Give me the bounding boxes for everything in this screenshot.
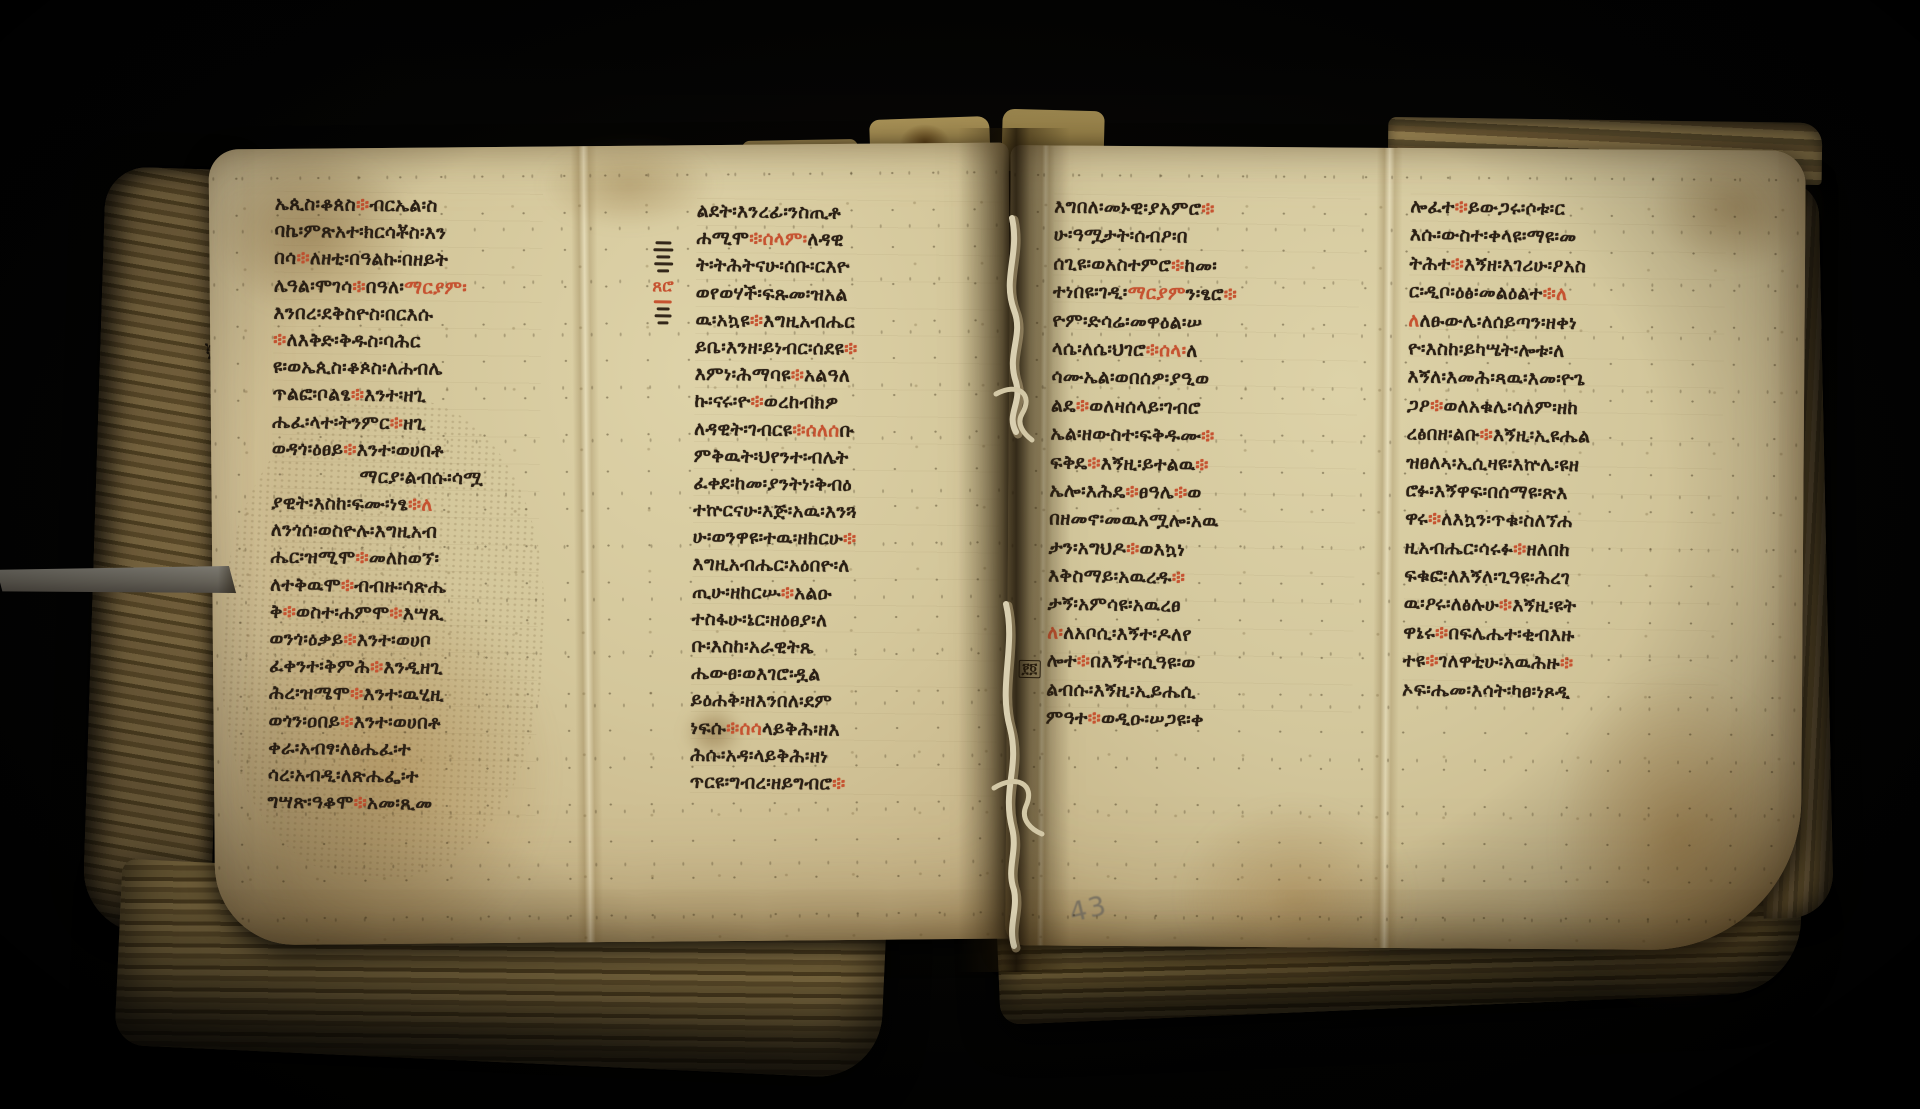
rubric-text: ፨ — [1171, 255, 1185, 276]
ink-text: ለንጎሰ፡ወስዮሉ፡እግዚአብ — [271, 520, 438, 543]
ink-text: ዮም፡ድሳሬ፡መዋዕል፡ሠ — [1052, 310, 1202, 333]
rubric-text: ፨ — [1172, 567, 1186, 588]
manuscript-text-line: ፈቀደ፡ከመ፡ያንትነ፡ቅብዕ — [693, 470, 999, 501]
text-column-right-1: እግበለ፡መኑዊ፡ያአምሮ፨ሁ፡ዓሟታት፡ሰብዖ፡በሰጊዩ፡ወአስተምሮ፨ከመ፡… — [1046, 193, 1361, 737]
ink-text: ት፡ትሕትናሁ፡ሰቡ፡ርእዮ — [696, 255, 850, 278]
rubric-text: ፨ — [1499, 595, 1513, 616]
manuscript-text-line: እምነ፡ሕማባዩ፨አልዓለ — [695, 361, 1001, 392]
ink-text: ልዴ — [1051, 395, 1076, 416]
ink-text: ምቅዉት፡ህየንተ፡ብሌት — [694, 445, 849, 468]
manuscript-text-line: ሔፈ፡ላተ፡ትንምር፨ዘጊ — [272, 408, 540, 438]
manuscript-text-line: ሎተ፨በእኝተ፡ሲዓዩ፡ወ — [1047, 648, 1353, 681]
ink-text: ልደት፡እንረፊ፡ንስጢቶ — [697, 201, 841, 224]
ink-text: ዮ፡እስከ፡ይካሤት፡ሎቱ፡ለ — [1408, 338, 1565, 362]
manuscript-text-line: በሳ፨ለዘቲ፡በዓልኩ፡በዘይት — [274, 245, 542, 275]
manuscript-text-line: ጥልፎ፡ቦልፄ፨እንተ፡ዘጊ — [272, 381, 540, 411]
ink-text: ሳረ፡አብዲ፡ለጽሔፌ፡ተ — [268, 765, 419, 788]
ink-text: በእኝተ፡ሲዓዩ፡ወ — [1090, 651, 1196, 674]
ink-text: እምነ፡ሕማባዩ — [695, 364, 791, 386]
ink-text: እንተ፡ወሀቦ — [357, 630, 432, 652]
manuscript-text-line: ወየወሃች፡ፍጹመ፡ዝአል — [696, 279, 1002, 310]
manuscript-text-line: ሁ፡ወንዋዩ፡ተዉ፡ዘክርሁ፨ — [693, 524, 999, 555]
rubric-text: ማርያም፡ — [404, 277, 467, 299]
ink-text: ወለአቁሌ፡ሳለም፡ዘከ — [1443, 396, 1578, 419]
ink-text: ሌዓል፡ሞገሳ — [274, 275, 353, 297]
ink-text: እኝዚ፡ኢዩሔል — [1493, 425, 1591, 448]
manuscript-text-line: ጢሁ፡ዘከርሡ፨አልዑ — [692, 578, 998, 609]
quire-tick-red — [654, 300, 672, 303]
rubric-text: ፨ — [1425, 651, 1439, 672]
ink-text: ቀራ፡አብፃ፡ለፅሔፈ፡ተ — [268, 737, 411, 760]
ink-text: እንተ፡ዘጊ — [364, 385, 426, 407]
ink-text: ሁ፡ወንዋዩ፡ተዉ፡ዘክርሁ — [693, 527, 844, 550]
ink-text: ሁ፡ዓሟታት፡ሰብዖ፡በ — [1054, 225, 1188, 248]
rubric-text: ፨ — [750, 310, 764, 331]
ink-text: ዝፀለኣ፡ኢሲዛዩ፡እኵሌ፡ዩዘ — [1406, 452, 1579, 476]
rubric-text: ፨ — [355, 548, 369, 569]
manuscript-text-line: ኤል፡ዘውስተ፡ፍቅዱሙ፨ — [1050, 420, 1356, 453]
rubric-text: ፨ — [843, 529, 857, 550]
left-page-text-block: ኤጲስ፡ቆጰስ፨ብርኤል፡ስባኬ፡ምጽአተ፡ክርሳቾስ፡እንበሳ፨ለዘቲ፡በዓል… — [200, 148, 1010, 954]
ink-text: አልዑ — [794, 583, 832, 604]
rubric-text: ፨ — [1126, 538, 1140, 559]
ink-text: ዚአብሔር፡ሳሩፉ — [1405, 537, 1514, 560]
rubric-text: ፨ — [1542, 284, 1556, 305]
rubric-text: ፨ — [350, 684, 364, 705]
manuscript-text-line: ምዓተ፨ወዲዑ፡ሠጋዩ፡ቀ — [1046, 704, 1352, 737]
ink-text: ከመ፡ — [1184, 255, 1217, 277]
rubric-text: ፨ — [1480, 425, 1494, 446]
ink-text: ኩ፡ናሩ፡ዮ — [694, 391, 750, 413]
ink-text: ዉ፡ዖሩ፡ለፅሉሁ — [1404, 594, 1500, 617]
rubric-text: ፨ — [356, 195, 370, 216]
rubric-text: ፨ — [1430, 395, 1444, 416]
manuscript-photograph: ፲፬ ኤጲስ፡ቆጰስ፨ብርኤል፡ስባኬ፡ምጽአተ፡ክርሳቾስ፡እንበሳ፨ለዘቲ፡… — [0, 0, 1920, 1109]
rubric-text: ሰለሰ — [806, 420, 840, 441]
ink-text: ለዳዊ — [807, 229, 844, 250]
ink-text: ብርኤል፡ስ — [369, 195, 437, 217]
ink-text: ተዩ — [1403, 650, 1426, 671]
ink-text: ተስፋሁ፡ኔር፡ዘዕፀያ፡ለ — [692, 609, 828, 632]
ink-text: ለተቅዉሞ — [270, 574, 341, 596]
manuscript-text-line: ተስፋሁ፡ኔር፡ዘዕፀያ፡ለ — [692, 606, 998, 637]
ink-text: ዩ፡ወኤጲስ፡ቆጶስ፡ለሐብሌ — [273, 357, 443, 380]
rubric-text: ፨ — [340, 711, 354, 732]
ink-text: እግዚአብሔር፡አዕበዮ፡ለ — [692, 554, 849, 577]
rubric-text: ፨ — [370, 657, 384, 678]
manuscript-text-line: ወጎን፡ዐበይ፨እንተ፡ወሀበቶ — [268, 707, 536, 737]
ink-text: ተኵርናሁ፡እጅ፡አዉ፡እንጓ — [693, 500, 857, 523]
rubric-text: ፨ — [1435, 623, 1449, 644]
ink-text: ላይቅሕ፡ዘእ — [762, 718, 840, 740]
rubric-text: ፨ — [389, 603, 403, 624]
manuscript-text-line: ሔውፀ፡ወእገሮ፡ዷል — [691, 660, 997, 691]
ink-text: እንተ፡ወሀበቶ — [354, 711, 441, 733]
rubric-text: ፨ — [341, 575, 355, 596]
manuscript-book: ፲፬ ኤጲስ፡ቆጰስ፨ብርኤል፡ስባኬ፡ምጽአተ፡ክርሳቾስ፡እንበሳ፨ለዘቲ፡… — [0, 0, 1920, 1109]
ink-text: ለአቦሲ፡እኝተ፡ዶለየ — [1063, 622, 1192, 645]
ink-text: ዋሩ — [1405, 509, 1428, 530]
rubric-text: ሰሳ — [739, 718, 762, 739]
ink-text: ሐሚሞ — [696, 228, 749, 250]
ink-text: ሮፉ፡እኝዋፍ፡በሰማዩ፡ጽእ — [1406, 480, 1568, 504]
manuscript-text-line: ቅ፨ወስተ፡ሐምሞ፨እሣጺ — [270, 598, 538, 628]
manuscript-text-line: ግሣጽ፡ዓቆሞ፨አመ፡ጺመ — [267, 789, 535, 819]
rubric-text: ፨ — [351, 385, 365, 406]
ink-text: ዘጊ — [403, 413, 426, 434]
ink-text: ሎተ — [1047, 651, 1077, 672]
ink-text: ጥልፎ፡ቦልፄ — [272, 384, 351, 406]
bookmark-strip — [0, 566, 236, 593]
ink-text: እንዲዘጊ — [383, 657, 442, 679]
rubric-text: ለ — [421, 495, 433, 516]
ink-text: ሕሱ፡አዳ፡ላይቅሕ፡ዘነ — [690, 744, 828, 767]
margin-mark-number: ፻፬ — [1019, 660, 1041, 678]
ink-text: ፈቀደ፡ከመ፡ያንትነ፡ቅብዕ — [693, 473, 852, 496]
ink-text: እግዚአብሔር — [763, 310, 855, 332]
manuscript-text-line: በዘመኖ፡መዉአሟሎ፡አዉ — [1049, 506, 1355, 539]
rubric-text: ፨ — [844, 339, 858, 360]
ink-text: ቅ — [270, 601, 283, 622]
quire-tick — [654, 262, 673, 265]
manuscript-text-line: ለተቅዉሞ፨ብብዙ፡ሳጽሔ — [270, 571, 538, 601]
ink-text: ገለዋቲሁ፡አዉሕዙ — [1439, 651, 1561, 674]
manuscript-text-line: ኤጲስ፡ቆጰስ፨ብርኤል፡ስ — [275, 191, 543, 221]
ink-text: እንተ፡ወሀበቶ — [357, 439, 444, 461]
ink-text: ኦፍ፡ሔመ፡እሳት፡ካፀ፡ነጾዲ — [1402, 679, 1570, 703]
manuscript-text-line: ር፡ዲቦ፡ዕፅ፡መልዕልተ፨ለ — [1409, 278, 1725, 312]
rubric-text: ፨ — [352, 276, 366, 297]
ink-text: ኤጲስ፡ቆጰስ — [275, 194, 356, 216]
manuscript-text-line: ሳረ፡አብዲ፡ለጽሔፌ፡ተ — [268, 762, 536, 792]
ink-text: ወረከብክዎ — [764, 392, 839, 414]
manuscript-text-line: ቡ፡እስከ፡አራዊትጼ — [691, 633, 997, 664]
ink-text: ለእኳን፡ጥቁ፡ስለኘሐ — [1441, 509, 1572, 532]
ink-text: መለከወኘ፡ — [369, 548, 440, 570]
manuscript-text-line: ወዳጎ፡ዕፀይ፨እንተ፡ወሀበቶ — [272, 435, 540, 465]
ink-text: ጋዖ — [1407, 395, 1430, 416]
ink-text: ይዕሐቅ፡ዘእንበለ፡ደም — [691, 690, 833, 713]
rubric-text: ፨ — [390, 413, 404, 434]
ink-text: ወንጎ፡ዕቃይ — [269, 629, 343, 651]
rubric-text: ፨ — [781, 582, 795, 603]
ink-text: ብብዙ፡ሳጽሔ — [354, 575, 446, 597]
rubric-text: ፨ — [1201, 199, 1215, 220]
ink-text: ወእኳነ — [1139, 539, 1185, 561]
ink-text: ፍቅዴ — [1050, 452, 1088, 474]
ink-text: ረፅበዘ፡ልቡ — [1406, 423, 1479, 445]
text-column-right-2: ሎፈተ፨ይውጋሩ፡ሶቱ፡ርእሱ፡ውስተ፡ቀላዩ፡ማዩ፡መትሕተ፨እኝዘ፡እገሪሁ… — [1402, 193, 1726, 709]
right-page-text-block: እግበለ፡መኑዊ፡ያአምሮ፨ሁ፡ዓሟታት፡ሰብዖ፡በሰጊዩ፡ወአስተምሮ፨ከመ፡… — [998, 145, 1806, 958]
rubric-text: ፨ — [283, 602, 297, 623]
rubric-text: ለ — [1556, 284, 1568, 305]
ink-text: ነፍሱ — [690, 717, 726, 738]
ink-text: አልዓለ — [804, 365, 850, 387]
rubric-text: ፨ — [343, 439, 357, 460]
rubric-text: ፨ — [791, 365, 805, 386]
manuscript-text-line: ሕረ፡ዝሜሞ፨እንተ፡ዉሂዚ — [269, 680, 537, 710]
ink-text: ትሕተ — [1409, 253, 1451, 275]
ink-text: ሔር፡ዝሚሞ — [270, 547, 355, 569]
margin-quire-mark: ፻፬ — [1019, 661, 1041, 677]
ink-text: እንበረ፡ደቅስዮስ፡በርእሱ — [273, 302, 433, 325]
ink-text: ወስተ፡ሐምሞ — [296, 602, 390, 624]
ink-text: አመ፡ጺመ — [367, 793, 433, 815]
rubric-text: ፨ — [1076, 396, 1090, 417]
ink-text: በዘመኖ፡መዉአሟሎ፡አዉ — [1049, 509, 1219, 533]
ink-text: ባኬ፡ምጽአተ፡ክርሳቾስ፡እን — [274, 221, 446, 244]
manuscript-text-line: ማርያ፡ልብሱ፡ሳሟ — [271, 462, 539, 492]
ink-text: ሔውፀ፡ወእገሮ፡ዷል — [691, 663, 821, 686]
ink-text: ለዳዊት፡ገብርዩ — [694, 418, 792, 440]
ink-text: እንተ፡ዉሂዚ — [363, 684, 444, 706]
manuscript-text-line: ፨ለእቅድ፡ቅዱስ፡ባሕር — [273, 327, 541, 357]
rubric-text: ፨ — [1428, 509, 1442, 530]
ink-text: እኝዚ፡ይተልዉ — [1101, 453, 1196, 476]
ink-text: ያዊት፡እስከ፡ፍሙ፡ነፄ — [271, 493, 408, 516]
rubric-text: ማርያም — [1127, 283, 1185, 305]
ink-text: ይውጋሩ፡ሶቱ፡ር — [1468, 197, 1565, 220]
quire-tick — [655, 241, 671, 244]
manuscript-text-line: ት፡ትሕትናሁ፡ሰቡ፡ርእዮ — [696, 252, 1002, 283]
rubric-text: ፨ — [1077, 651, 1091, 672]
ink-text: በሳ — [274, 248, 297, 269]
rubric-text: ለ፡ — [1047, 622, 1063, 643]
ink-text: እሣጺ — [403, 603, 444, 625]
quire-tick — [656, 255, 670, 258]
rubric-text: ፨ — [792, 419, 806, 440]
manuscript-text-line: ሕሱ፡አዳ፡ላይቅሕ፡ዘነ — [690, 742, 996, 773]
manuscript-text-line: ልደት፡እንረፊ፡ንስጢቶ — [697, 198, 1003, 229]
manuscript-text-line: ለንጎሰ፡ወስዮሉ፡እግዚአብ — [271, 517, 539, 547]
quire-tick — [653, 248, 673, 251]
rubric-text: ፨ — [1451, 254, 1465, 275]
manuscript-text-line: ወንጎ፡ዕቃይ፨እንተ፡ወሀቦ — [269, 626, 537, 656]
rubric-text: ፨ — [1088, 708, 1102, 729]
rubric-text: ፨ — [1195, 454, 1209, 475]
ink-text: እኝዚ፡ዩት — [1512, 596, 1576, 618]
ink-text: ምዓተ — [1046, 707, 1088, 729]
quire-number: ጸሮ — [652, 276, 673, 296]
manuscript-text-line: ያዊት፡እስከ፡ፍሙ፡ነፄ፨ለ — [271, 490, 539, 520]
manuscript-text-line: ባኬ፡ምጽአተ፡ክርሳቾስ፡እን — [274, 218, 542, 248]
rubric-text: ፨ — [354, 793, 368, 814]
rubric-text: ፨ — [296, 248, 310, 269]
ink-text: ለእቅድ፡ቅዱስ፡ባሕር — [287, 330, 421, 353]
ink-text: ቡ፡እስከ፡አራዊትጼ — [691, 636, 814, 658]
quire-tick — [654, 314, 671, 317]
rubric-text: ፨ — [1560, 653, 1574, 674]
ink-text: ጢሁ፡ዘከርሡ — [692, 581, 781, 603]
manuscript-text-line: ይቤ፡እንዘ፡ይነብር፡ሰደዩ፨ — [695, 334, 1001, 365]
ink-text: ወዲዑ፡ሠጋዩ፡ቀ — [1101, 708, 1204, 731]
manuscript-text-line: ነፍሱ፨ሰሳላይቅሕ፡ዘእ — [690, 714, 996, 745]
manuscript-text-line: ሔር፡ዝሚሞ፨መለከወኘ፡ — [270, 544, 538, 574]
manuscript-text-line: ጥርዩ፡ግብረ፡ዘይግብሮ፨ — [690, 769, 996, 800]
rubric-text: ፨ — [1087, 452, 1101, 473]
right-page: እግበለ፡መኑዊ፡ያአምሮ፨ሁ፡ዓሟታት፡ሰብዖ፡በሰጊዩ፡ወአስተምሮ፨ከመ፡… — [1005, 145, 1806, 951]
ink-text: ር፡ዲቦ፡ዕፅ፡መልዕልተ — [1409, 281, 1543, 304]
ink-text: ወለዛሰላይ፡ገብሮ — [1089, 396, 1201, 419]
ink-text: ሔፈ፡ላተ፡ትንምር — [272, 411, 390, 433]
manuscript-text-line: ቀራ፡አብፃ፡ለፅሔፈ፡ተ — [268, 734, 536, 764]
ink-text: ተነበዩ፡ገዲ፡ — [1053, 282, 1128, 304]
ink-text: ለዘቲ፡በዓልኩ፡በዘይት — [310, 248, 449, 271]
rubric-text: ፨ — [726, 718, 740, 739]
rubric-text: ፨ — [1174, 482, 1188, 503]
manuscript-text-line: ኦፍ፡ሔመ፡እሳት፡ካፀ፡ነጾዲ — [1402, 676, 1718, 710]
ink-text: ሳሙኤል፡ወበሰዎ፡ያዒወ — [1051, 367, 1209, 391]
text-column-left-2: ልደት፡እንረፊ፡ንስጢቶሐሚሞ፨ሰላም፡ለዳዊት፡ትሕትናሁ፡ሰቡ፡ርእዮወየ… — [690, 198, 1003, 800]
rubric-text: ሰላ፡ — [1159, 340, 1187, 361]
ink-text: እኝዘ፡እገሪሁ፡ዖአስ — [1464, 254, 1586, 277]
rubric-text: ፨ — [1455, 197, 1469, 218]
ink-text: በዓለ፡ — [366, 276, 405, 297]
quire-mark: ጸሮ — [647, 241, 678, 324]
rubric-text: ሰላም፡ — [763, 229, 808, 251]
ink-text: በፍሌሔተ፡ቂብእዙ — [1448, 623, 1574, 646]
text-column-left-1: ኤጲስ፡ቆጰስ፨ብርኤል፡ስባኬ፡ምጽአተ፡ክርሳቾስ፡እንበሳ፨ለዘቲ፡በዓል… — [267, 191, 543, 820]
rubric-text: ፨ — [273, 330, 287, 351]
ink-text: ፍቁፎ፡ለእኝለ፡ጊዓዩ፡ሕረገ — [1404, 565, 1570, 589]
rubric-text: ለ — [1408, 310, 1420, 331]
manuscript-text-line: ዩ፡ወኤጲስ፡ቆጶስ፡ለሐብሌ — [273, 354, 541, 384]
ink-text: ጥርዩ፡ግብረ፡ዘይግብሮ — [690, 772, 833, 795]
ink-text: ዉ፡አኳዩ — [695, 310, 750, 332]
ink-text: ፈቀንተ፡ቅምሕ — [269, 656, 370, 678]
ink-text: እሱ፡ውስተ፡ቀላዩ፡ማዩ፡መ — [1410, 225, 1577, 249]
rubric-text: ፨ — [750, 392, 764, 413]
rubric-text: ፨ — [343, 630, 357, 651]
quire-tick — [656, 307, 669, 310]
ink-text: ልብሱ፡እኝዚ፡ኢይሔሲ — [1046, 679, 1196, 702]
rubric-text: ፨ — [749, 229, 763, 250]
ink-text: እኝለ፡እመሕ፡ጻዉ፡እመ፡ዮጌ — [1407, 367, 1585, 391]
rubric-text: ፨ — [1513, 539, 1527, 560]
ink-text: እቅስማይ፡አዉረዱ — [1048, 565, 1172, 588]
ink-text: ዋኔሩ — [1403, 622, 1435, 644]
quire-tick — [657, 321, 668, 324]
ink-text: ወየወሃች፡ፍጹመ፡ዝአል — [696, 282, 848, 305]
manuscript-text-line: ተነበዩ፡ገዲ፡ማርያምን፡ፄሮ፨ — [1053, 279, 1359, 312]
ink-text: ታኝ፡አምሳዩ፡አዉረፀ — [1048, 594, 1181, 617]
rubric-text: ፨ — [1146, 340, 1160, 361]
ink-text: ዘለበከ — [1526, 539, 1570, 561]
manuscript-text-line: ፈቀንተ፡ቅምሕ፨እንዲዘጊ — [269, 653, 537, 683]
ink-text: ሕረ፡ዝሜሞ — [269, 683, 350, 705]
quire-tick — [657, 269, 669, 272]
left-page: ኤጲስ፡ቆጰስ፨ብርኤል፡ስባኬ፡ምጽአተ፡ክርሳቾስ፡እንበሳ፨ለዘቲ፡በዓል… — [209, 143, 1016, 946]
manuscript-text-line: ሐሚሞ፨ሰላም፡ለዳዊ — [696, 225, 1002, 256]
ink-text: ኤል፡ዘውስተ፡ፍቅዱሙ — [1050, 423, 1201, 446]
manuscript-text-line: ኩ፡ናሩ፡ዮ፨ወረከብክዎ — [694, 388, 1000, 419]
ink-text: ፀዓሌ — [1139, 482, 1174, 504]
ink-text: እግበለ፡መኑዊ፡ያአምሮ — [1054, 196, 1201, 219]
ink-text: ላሴ፡ለሴ፡ህገሮ — [1052, 338, 1146, 361]
ink-text: ለፁውሌ፡ለሰይጣን፡ዘቀነ — [1420, 310, 1577, 334]
ink-text: ሎፈተ — [1410, 196, 1455, 218]
ink-text: ቡ — [839, 420, 854, 441]
manuscript-text-line: ዉ፡አኳዩ፨እግዚአብሔር — [695, 307, 1001, 338]
ink-text: ማርያ፡ልብሱ፡ሳሟ — [359, 467, 483, 490]
rubric-text: ፨ — [832, 773, 846, 794]
ink-text: ኤሎ፡እሕዴ — [1049, 480, 1125, 502]
ink-text: ወ — [1187, 483, 1202, 504]
rubric-text: ፨ — [408, 494, 422, 515]
manuscript-text-line: ተኵርናሁ፡እጅ፡አዉ፡እንጓ — [693, 497, 999, 528]
manuscript-text-line: እንበረ፡ደቅስዮስ፡በርእሱ — [273, 299, 541, 329]
ink-text: ግሣጽ፡ዓቆሞ — [267, 792, 353, 814]
ink-text: ወዳጎ፡ዕፀይ — [272, 438, 344, 460]
manuscript-text-line: ምቅዉት፡ህየንተ፡ብሌት — [694, 442, 1000, 473]
rubric-text: ፨ — [1201, 426, 1215, 447]
rubric-text: ፨ — [1224, 284, 1238, 305]
ink-text: ን፡ፄሮ — [1186, 284, 1224, 306]
ink-text: ታን፡አግህዶ — [1049, 537, 1127, 559]
ink-text: ይቤ፡እንዘ፡ይነብር፡ሰደዩ — [695, 337, 844, 360]
manuscript-text-line: ለዳዊት፡ገብርዩ፨ሰለሰቡ — [694, 415, 1000, 446]
ink-text: ወጎን፡ዐበይ — [268, 710, 340, 732]
ink-text: ሰጊዩ፡ወአስተምሮ — [1053, 253, 1171, 276]
manuscript-text-line: ሌዓል፡ሞገሳ፨በዓለ፡ማርያም፡ — [274, 272, 542, 302]
rubric-text: ፨ — [1125, 482, 1139, 503]
ink-text: ለ — [1186, 341, 1198, 362]
manuscript-text-line: እግዚአብሔር፡አዕበዮ፡ለ — [692, 551, 998, 582]
manuscript-text-line: ይዕሐቅ፡ዘእንበለ፡ደም — [691, 687, 997, 718]
manuscript-text-line: ረፅበዘ፡ልቡ፨እኝዚ፡ኢዩሔል — [1406, 420, 1722, 454]
